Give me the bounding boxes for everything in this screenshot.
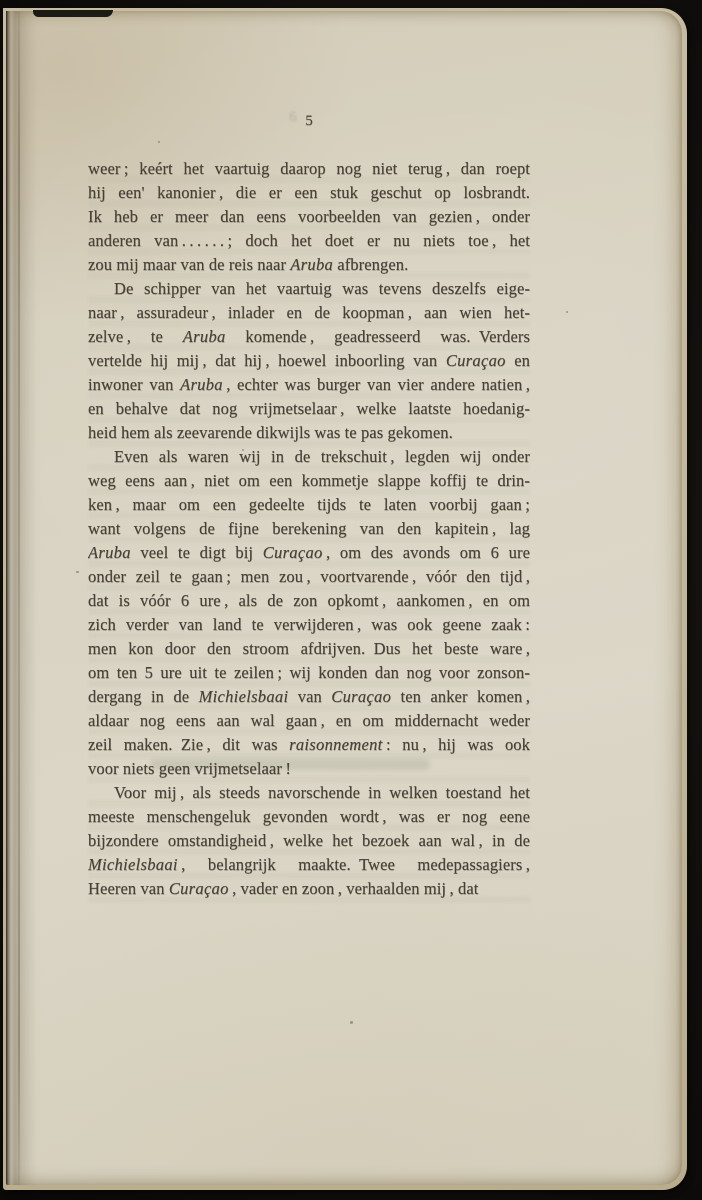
text-line: Even als waren wij in de trekschuit , le… <box>88 445 530 469</box>
text-line: De schipper van het vaartuig was tevens … <box>88 277 530 301</box>
text-line: ken , maar om een gedeelte tijds te late… <box>88 493 530 517</box>
dust-speck <box>158 141 160 143</box>
text-line: voor niets geen vrijmetselaar ! <box>88 757 530 781</box>
text-line: men kon door den stroom afdrijven. Dus h… <box>88 637 530 661</box>
text-line: zich verder van land te verwijderen , wa… <box>88 613 530 637</box>
text-block: weer ; keért het vaartuig daarop nog nie… <box>88 157 530 901</box>
text-line: inwoner van Aruba , echter was burger va… <box>88 373 530 397</box>
text-line: en behalve dat nog vrijmetselaar , welke… <box>88 397 530 421</box>
page-number-row: 6 5 <box>88 110 530 132</box>
gutter-crease-line <box>18 11 20 1185</box>
dust-speck <box>76 571 79 573</box>
text-line: anderen van . . . . . . ; doch het doet … <box>88 229 530 253</box>
text-line: hij een' kanonier , die er een stuk gesc… <box>88 181 530 205</box>
text-line: zou mij maar van de reis naar Aruba afbr… <box>88 253 530 277</box>
book-page: 6 5 weer ; keért het vaartuig daarop nog… <box>6 11 682 1185</box>
text-line: Michielsbaai , belangrijk maakte. Twee m… <box>88 853 530 877</box>
text-line: Aruba veel te digt bij Curaçao , om des … <box>88 541 530 565</box>
text-line: Ik heb er meer dan eens voorbeelden van … <box>88 205 530 229</box>
text-line: want volgens de fijne berekening van den… <box>88 517 530 541</box>
page-number: 5 <box>305 113 313 129</box>
dust-speck <box>350 1021 353 1024</box>
text-line: om ten 5 ure uit te zeilen ; wij konden … <box>88 661 530 685</box>
dust-speck <box>566 311 568 313</box>
text-line: naar , assuradeur , inlader en de koopma… <box>88 301 530 325</box>
torn-edge-notch <box>33 10 113 17</box>
text-line: dergang in de Michielsbaai van Curaçao t… <box>88 685 530 709</box>
text-line: bijzondere omstandigheid , welke het bez… <box>88 829 530 853</box>
text-line: zeil maken. Zie , dit was raisonnement :… <box>88 733 530 757</box>
text-line: vertelde hij mij , dat hij , hoewel inbo… <box>88 349 530 373</box>
text-line: heid hem als zeevarende dikwijls was te … <box>88 421 530 445</box>
text-line: meeste menschengeluk gevonden wordt , wa… <box>88 805 530 829</box>
text-line: Voor mij , als steeds navorschende in we… <box>88 781 530 805</box>
gutter-shadow <box>6 11 36 1185</box>
text-line: Heeren van Curaçao , vader en zoon , ver… <box>88 877 530 901</box>
text-line: weer ; keért het vaartuig daarop nog nie… <box>88 157 530 181</box>
scanned-book-page: 6 5 weer ; keért het vaartuig daarop nog… <box>0 0 702 1200</box>
text-line: zelve , te Aruba komende , geadresseerd … <box>88 325 530 349</box>
text-line: onder zeil te gaan ; men zou , voortvare… <box>88 565 530 589</box>
text-line: weg eens aan , niet om een kommetje slap… <box>88 469 530 493</box>
text-line: aldaar nog eens aan wal gaan , en om mid… <box>88 709 530 733</box>
bleed-through-page-number: 6 <box>289 106 297 128</box>
text-line: dat is vóór 6 ure , als de zon opkomt , … <box>88 589 530 613</box>
